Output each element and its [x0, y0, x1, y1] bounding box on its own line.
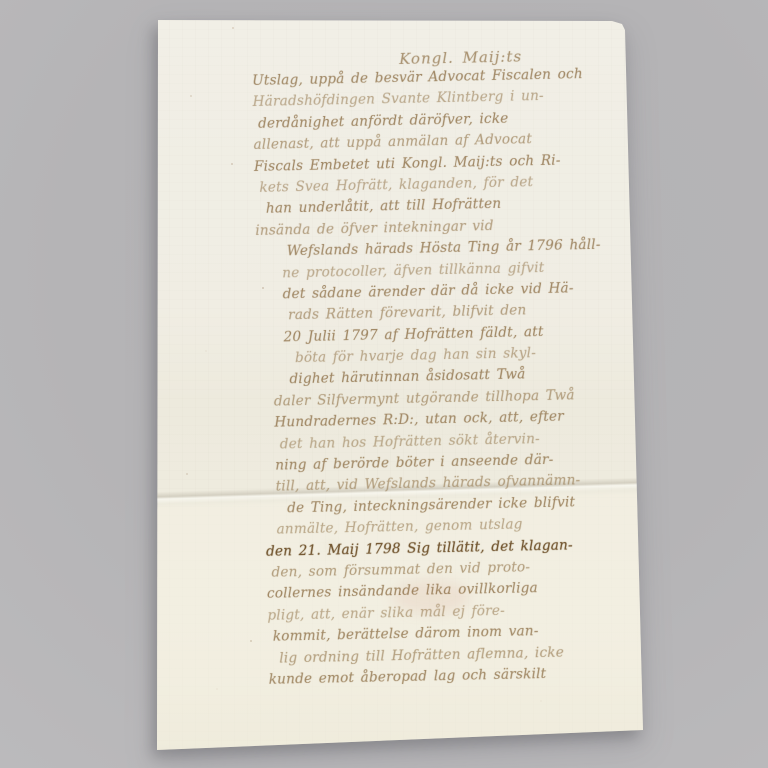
document-sheet-shadow: Kongl. Maij:ts Utslag, uppå de besvär Ad… — [0, 0, 768, 768]
paper-sheet: Kongl. Maij:ts Utslag, uppå de besvär Ad… — [0, 0, 768, 768]
foxing-spots — [0, 0, 2, 2]
manuscript-text: Utslag, uppå de besvär Advocat Fiscalen … — [252, 63, 657, 691]
photo-background: Kongl. Maij:ts Utslag, uppå de besvär Ad… — [0, 0, 768, 768]
